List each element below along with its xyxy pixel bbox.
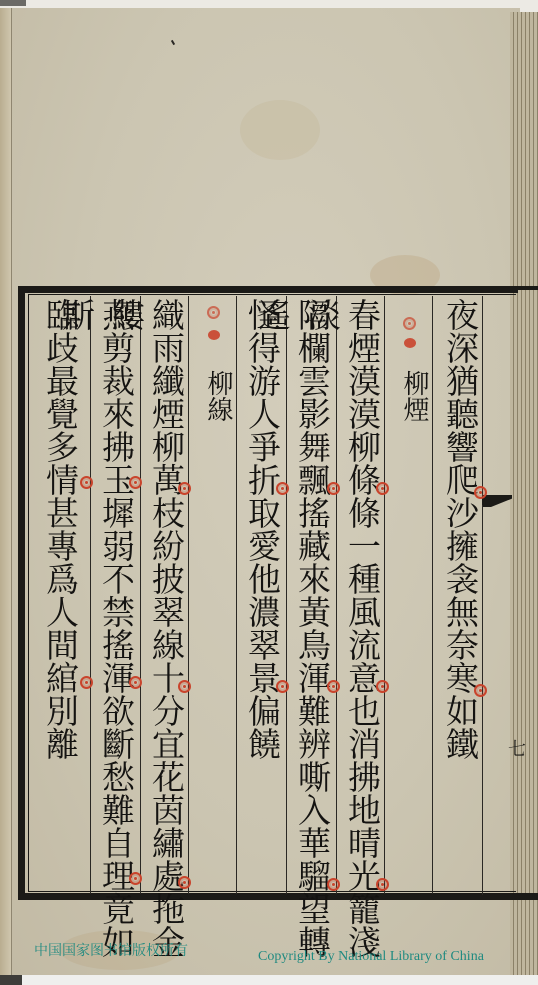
verse-column-5: 怪得游人爭折取愛他濃翠景偏饒 xyxy=(242,298,282,760)
red-circle-mark xyxy=(178,680,191,693)
red-circle-mark xyxy=(474,684,487,697)
red-circle-mark xyxy=(129,872,142,885)
red-circle-mark xyxy=(327,482,340,495)
red-circle-mark xyxy=(327,878,340,891)
column-rule xyxy=(482,505,483,895)
column-rule xyxy=(482,296,483,496)
bottom-scan-strip xyxy=(0,975,538,985)
red-circle-mark xyxy=(403,317,416,330)
red-circle-mark xyxy=(474,486,487,499)
watermark-english: Copyright By National Library of China xyxy=(258,949,484,965)
paper-stain xyxy=(240,100,320,160)
red-circle-mark xyxy=(376,482,389,495)
red-dot-mark xyxy=(404,338,416,348)
verse-column-9: 臨歧最覺多情甚專爲人間綰別離 xyxy=(40,298,80,760)
column-rule xyxy=(384,296,385,894)
poem-title-liu-yan: 柳煙 xyxy=(394,370,434,422)
red-circle-mark xyxy=(276,482,289,495)
red-circle-mark xyxy=(178,482,191,495)
red-circle-mark xyxy=(376,878,389,891)
red-circle-mark xyxy=(327,680,340,693)
column-rule xyxy=(140,296,141,894)
scan-corner xyxy=(0,975,22,985)
column-rule xyxy=(188,296,189,894)
red-circle-mark xyxy=(376,680,389,693)
red-circle-mark xyxy=(178,876,191,889)
red-circle-mark xyxy=(80,476,93,489)
page-number: 七 xyxy=(508,735,526,761)
red-circle-mark xyxy=(80,676,93,689)
verse-column-4: 隔欄雲影舞飄搖藏來黃鳥渾難辨嘶入華騮望轉遙 xyxy=(292,298,332,985)
border-bottom-right xyxy=(480,893,538,900)
column-rule xyxy=(336,296,337,894)
watermark-chinese: 中国国家图书馆版权所有 xyxy=(34,940,188,960)
red-circle-mark xyxy=(129,476,142,489)
column-rule xyxy=(286,296,287,894)
poem-title-liu-xian: 柳線 xyxy=(198,370,238,422)
column-rule xyxy=(90,296,91,894)
red-dot-mark xyxy=(208,330,220,340)
red-circle-mark xyxy=(207,306,220,319)
red-circle-mark xyxy=(276,680,289,693)
red-circle-mark xyxy=(129,676,142,689)
scan-corner xyxy=(0,0,26,6)
left-page-edge xyxy=(0,8,12,978)
border-top-right xyxy=(480,286,538,290)
